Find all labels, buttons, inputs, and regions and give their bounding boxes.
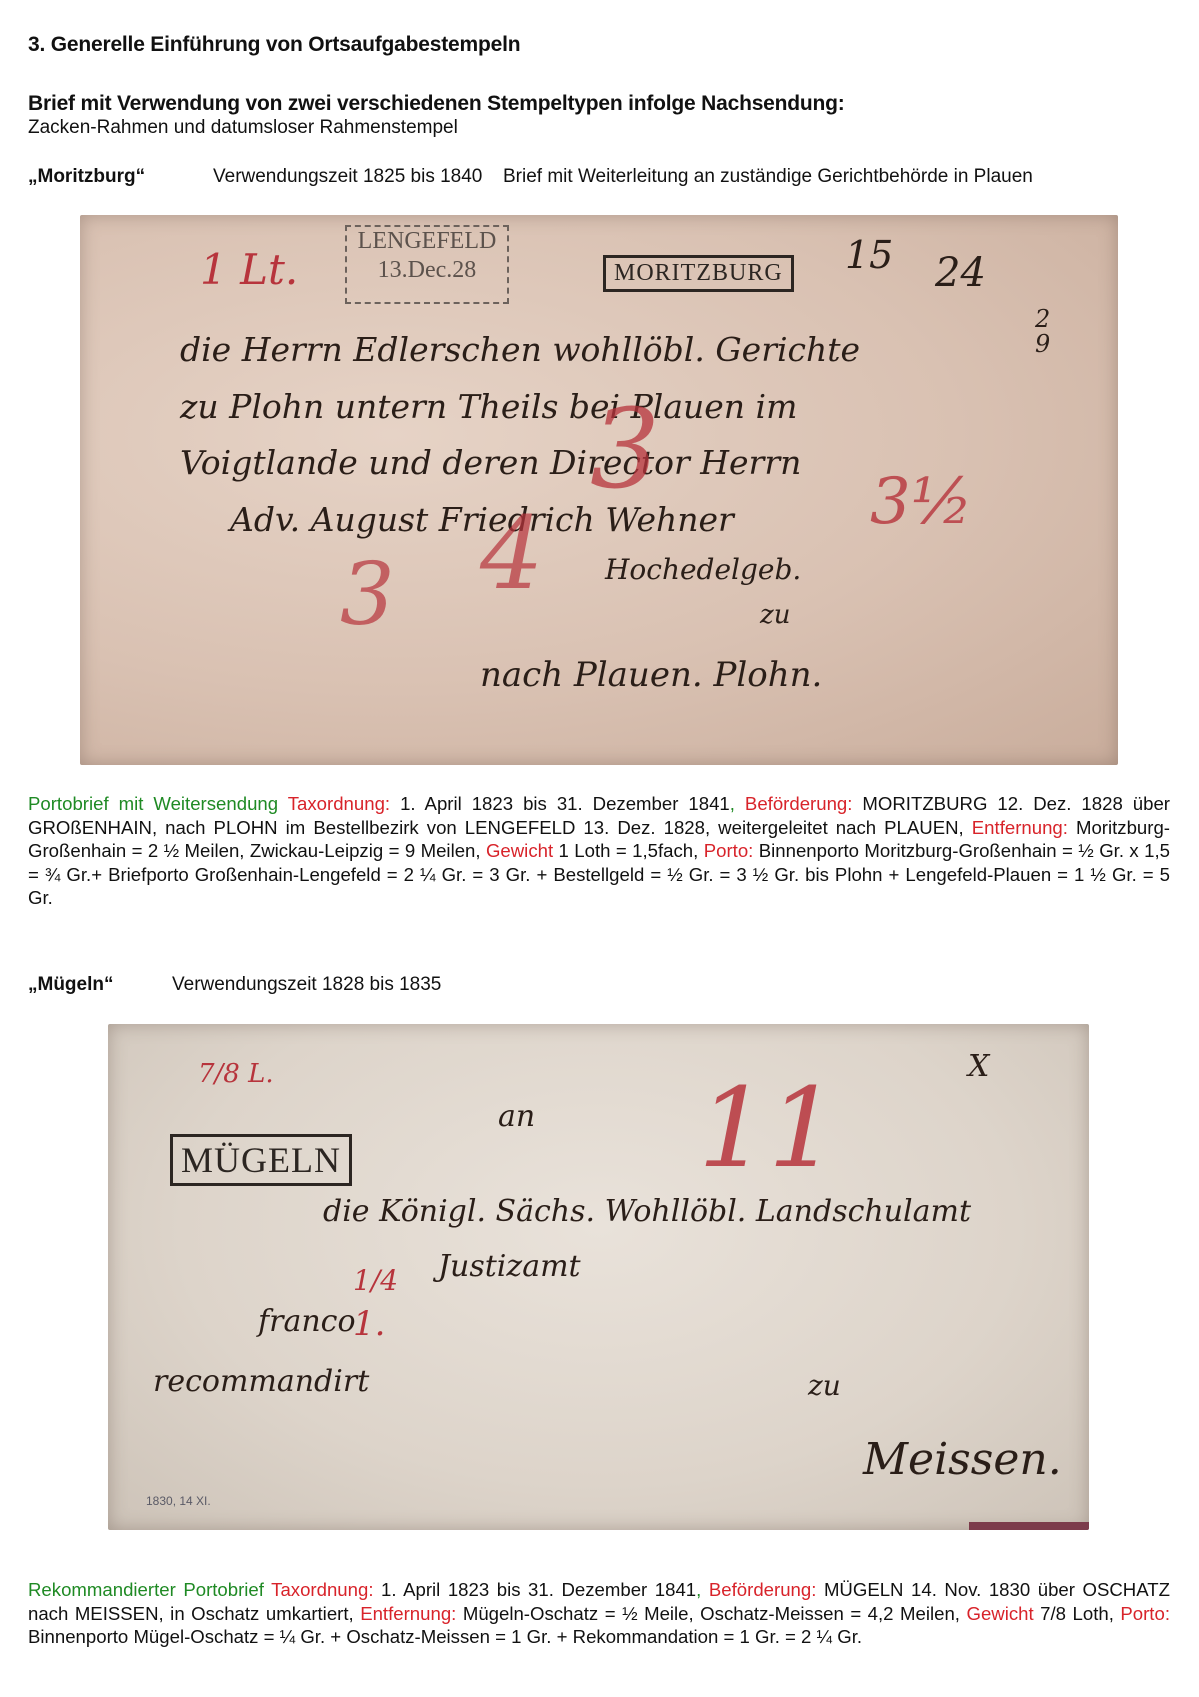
- desc-part: Porto:: [1120, 1603, 1170, 1624]
- desc-part: Entfernung:: [972, 817, 1076, 838]
- desc-part: Beförderung:: [745, 793, 863, 814]
- stamp-name: „Mügeln“: [28, 974, 114, 995]
- desc-part: Binnenporto Mügel-Oschatz = ¼ Gr. + Osch…: [28, 1626, 862, 1647]
- desc-part: Beförderung:: [709, 1579, 824, 1600]
- address-line: zu: [760, 600, 790, 630]
- address-line: zu Plohn untern Theils bei Plauen im: [180, 387, 797, 426]
- desc-part: ,: [730, 793, 745, 814]
- letter-image-moritzburg: 1 Lt. LENGEFELD 13.Dec.28 MORITZBURG 15 …: [80, 215, 1118, 765]
- desc-part: 1. April 1823 bis 31. Dezember 1841: [400, 793, 730, 814]
- desc-part: ,: [696, 1579, 709, 1600]
- red-mark: 11: [698, 1064, 838, 1192]
- description-moritzburg: Portobrief mit Weitersendung Taxordnung:…: [28, 792, 1170, 910]
- desc-part: 7/8 Loth,: [1040, 1603, 1120, 1624]
- red-mark: 7/8 L.: [198, 1059, 274, 1089]
- black-mark: 24: [935, 250, 986, 296]
- address-line: Voigtlande und deren Director Herrn: [180, 443, 801, 482]
- black-mark: 9: [1035, 330, 1050, 358]
- page-title: 3. Generelle Einführung von Ortsaufgabes…: [28, 33, 520, 57]
- frame-stamp-moritzburg: MORITZBURG: [603, 255, 794, 292]
- section-moritzburg-header: „Moritzburg“ Verwendungszeit 1825 bis 18…: [28, 166, 1188, 190]
- red-mark: 1 Lt.: [200, 245, 298, 294]
- description-muegeln: Rekommandierter Portobrief Taxordnung: 1…: [28, 1578, 1170, 1649]
- red-mark: 1/4: [353, 1264, 398, 1297]
- black-mark: 2: [1035, 305, 1050, 333]
- address-line: Justizamt: [438, 1249, 581, 1284]
- address-line: Hochedelgeb.: [605, 553, 801, 586]
- desc-part: 1 Loth = 1,5fach,: [559, 840, 704, 861]
- desc-part: Taxordnung:: [271, 1579, 381, 1600]
- desc-part: Gewicht: [966, 1603, 1040, 1624]
- usage-period: Verwendungszeit 1825 bis 1840: [213, 166, 482, 188]
- address-line: die Königl. Sächs. Wohllöbl. Landschulam…: [323, 1194, 971, 1229]
- desc-part: Porto:: [704, 840, 759, 861]
- black-mark: 15: [845, 233, 893, 277]
- pencil-date-note: 1830, 14 XI.: [146, 1494, 211, 1508]
- desc-part: Entfernung:: [360, 1603, 463, 1624]
- address-line: die Herrn Edlerschen wohllöbl. Gerichte: [180, 330, 860, 369]
- desc-part: 1. April 1823 bis 31. Dezember 1841: [381, 1579, 696, 1600]
- section-heading: Brief mit Verwendung von zwei verschiede…: [28, 92, 845, 116]
- desc-part: Mügeln-Oschatz = ½ Meile, Oschatz-Meisse…: [463, 1603, 967, 1624]
- section-muegeln-header: „Mügeln“ Verwendungszeit 1828 bis 1835: [28, 974, 928, 998]
- black-mark: X: [968, 1049, 989, 1084]
- red-mark: 1.: [353, 1304, 385, 1344]
- address-line: recommandirt: [153, 1364, 369, 1399]
- section-note: Brief mit Weiterleitung an zuständige Ge…: [503, 166, 1033, 188]
- address-line: an: [498, 1099, 535, 1134]
- red-mark: 4: [480, 495, 544, 612]
- stamp-name: „Moritzburg“: [28, 166, 145, 187]
- zigzag-frame-stamp: LENGEFELD 13.Dec.28: [345, 225, 509, 304]
- desc-part: Rekommandierter Portobrief: [28, 1579, 271, 1600]
- red-mark: 3: [590, 385, 660, 513]
- red-mark: 3: [340, 545, 395, 645]
- address-line: franco: [258, 1304, 356, 1339]
- stamp-text: LENGEFELD 13.Dec.28: [347, 227, 507, 285]
- desc-part: Taxordnung:: [288, 793, 400, 814]
- address-line: zu: [808, 1369, 841, 1402]
- frame-stamp-muegeln: MÜGELN: [170, 1134, 352, 1186]
- red-mark: 3½: [870, 465, 973, 539]
- section-subheading: Zacken-Rahmen und datumsloser Rahmenstem…: [28, 117, 458, 139]
- desc-part: Gewicht: [486, 840, 559, 861]
- address-line: Meissen.: [863, 1434, 1062, 1485]
- address-line: nach Plauen. Plohn.: [480, 655, 822, 695]
- desc-part: Portobrief mit Weitersendung: [28, 793, 288, 814]
- usage-period: Verwendungszeit 1828 bis 1835: [172, 974, 441, 996]
- letter-image-muegeln: 7/8 L. MÜGELN an 11 X die Königl. Sächs.…: [108, 1024, 1089, 1530]
